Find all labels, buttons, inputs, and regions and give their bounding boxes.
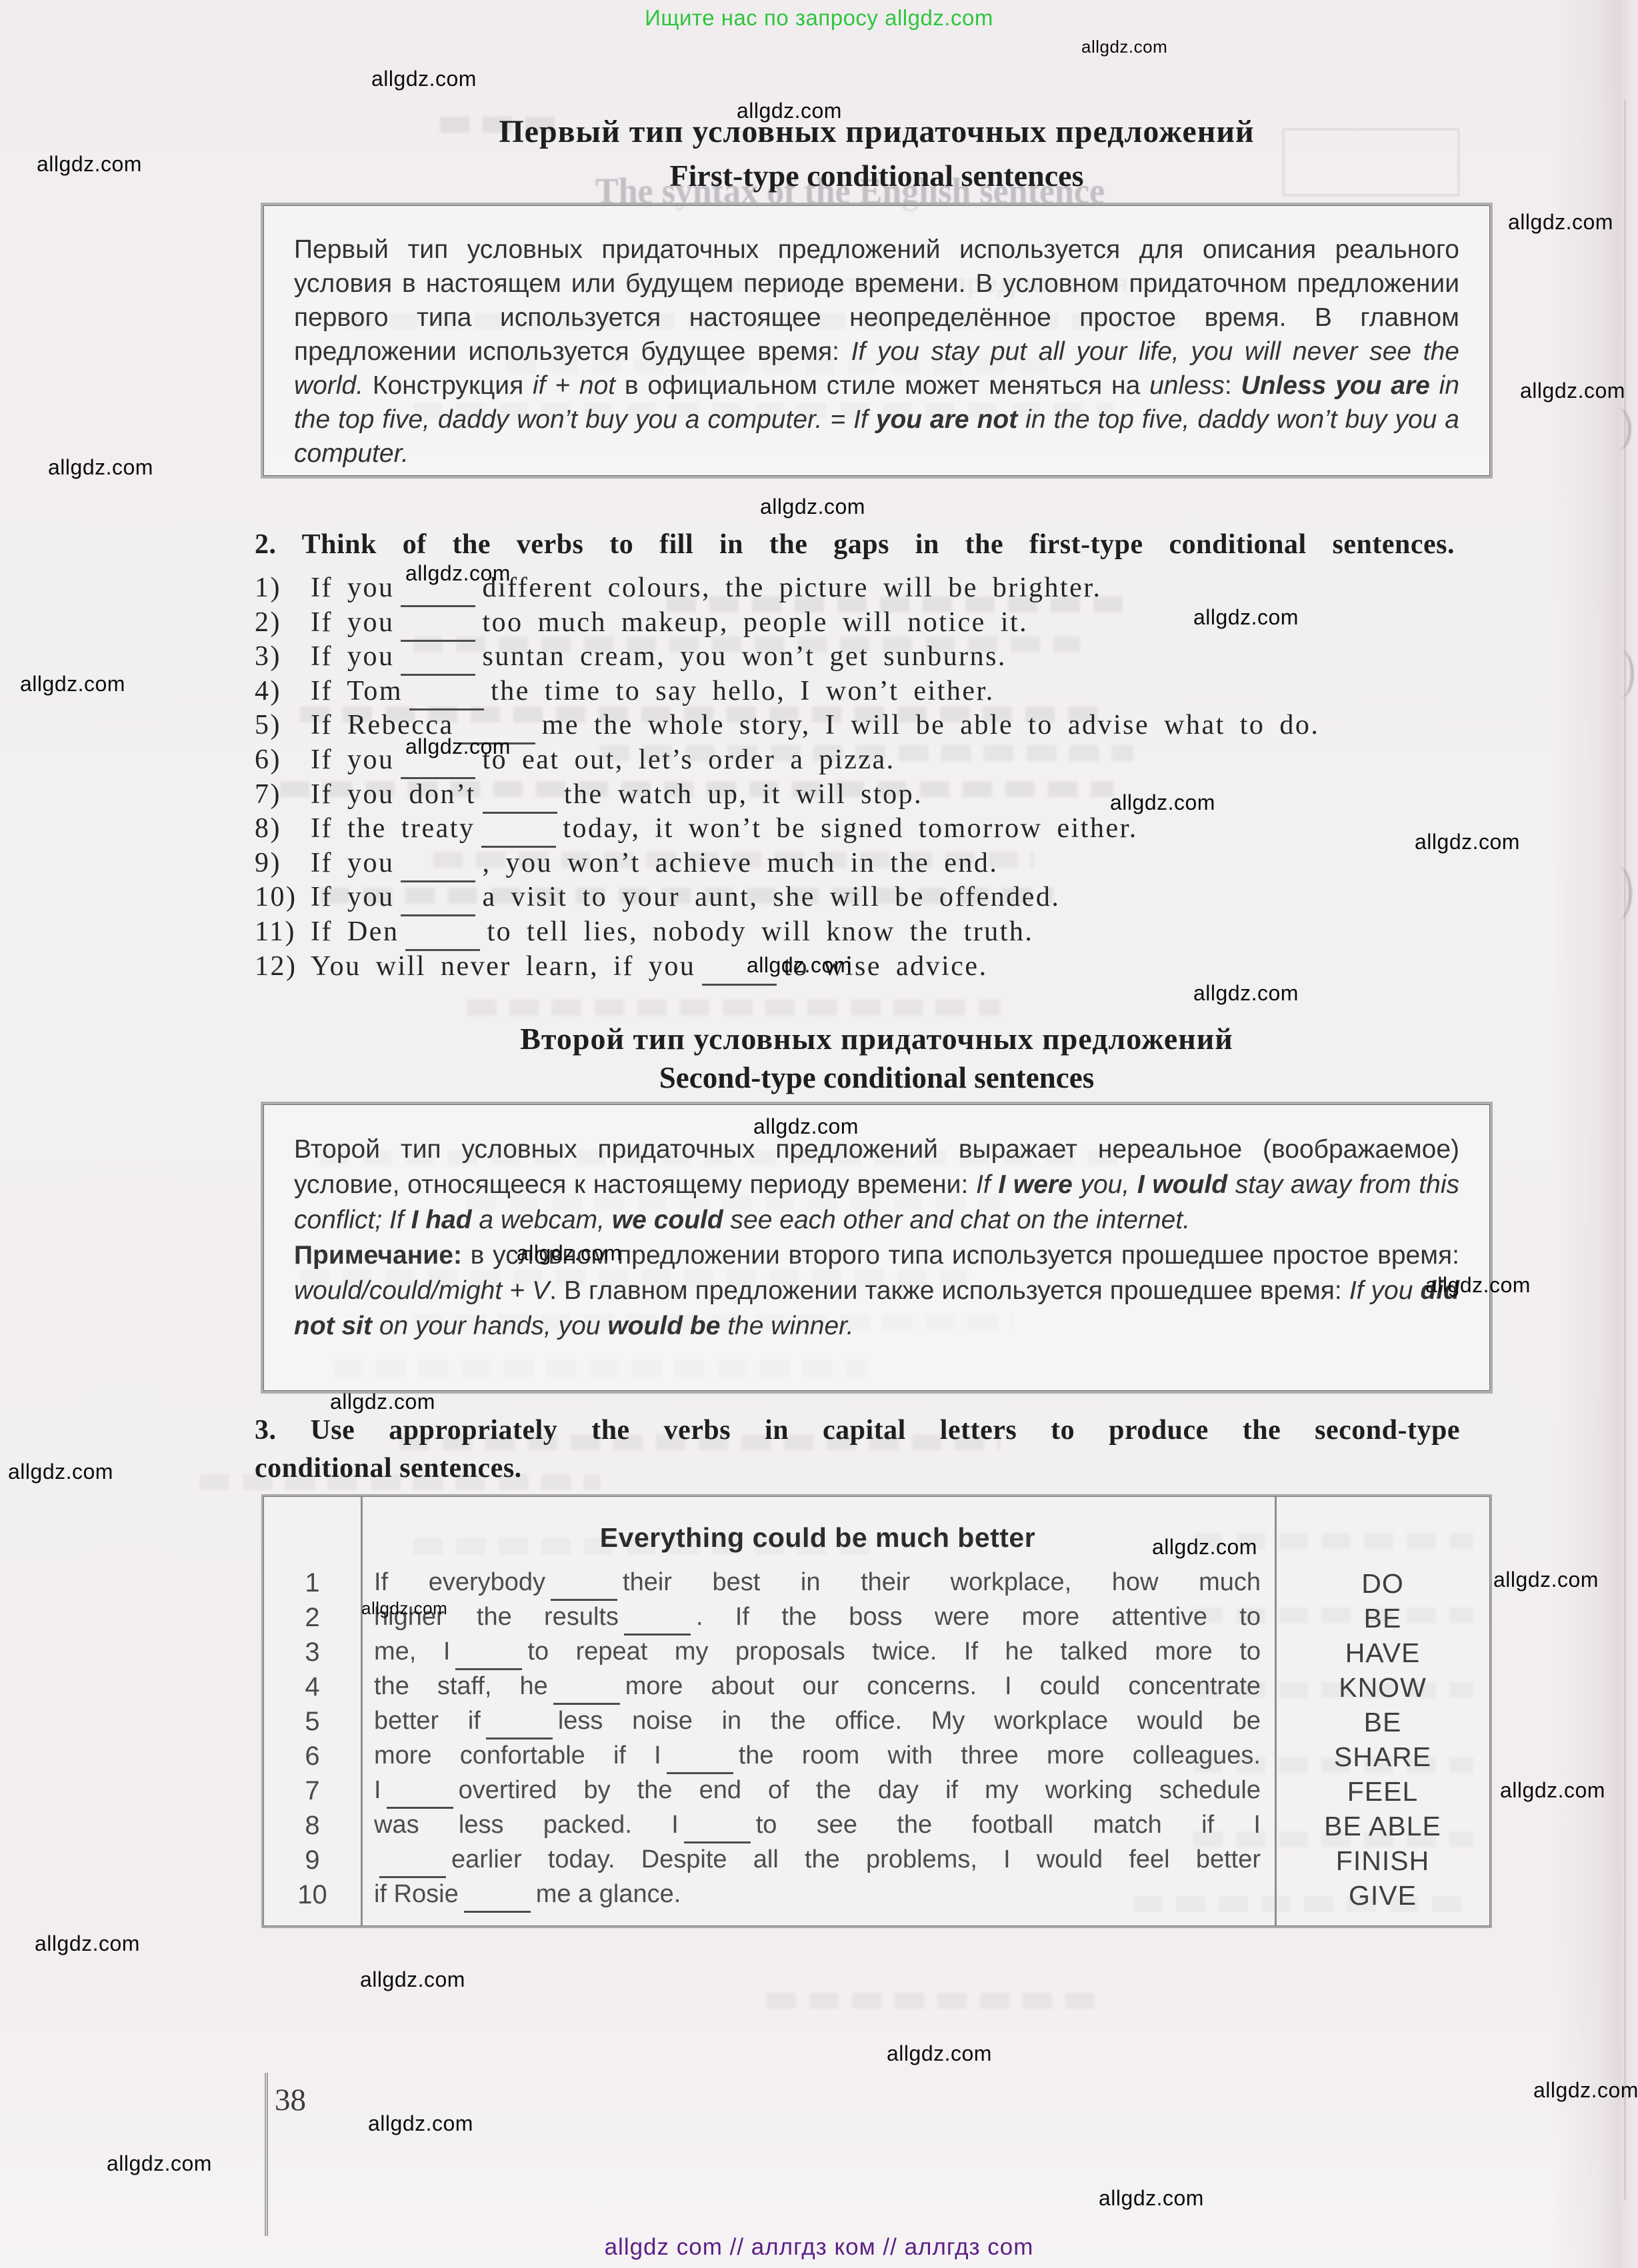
answer-blank bbox=[486, 1737, 553, 1739]
verb-hint: BE ABLE bbox=[1275, 1811, 1491, 1842]
text-run: would/could/might + V bbox=[294, 1276, 549, 1305]
item-text-pre: If you bbox=[311, 882, 394, 912]
text-run: Конструкция bbox=[363, 371, 533, 400]
site-banner-bottom: allgdz com // аллгдз ком // аллгдз com bbox=[0, 2234, 1638, 2261]
item-text-post: earlier today. Despite all the problems,… bbox=[451, 1845, 1261, 1873]
item-text-post: the room with three more colleagues. bbox=[739, 1741, 1261, 1769]
item-text-post: too much makeup, people will notice it. bbox=[482, 607, 1028, 638]
watermark: allgdz.com bbox=[1193, 981, 1299, 1006]
watermark: allgdz.com bbox=[1500, 1778, 1605, 1803]
exercise2-item: 7)If you don’tthe watch up, it will stop… bbox=[255, 778, 1475, 810]
exercise3-heading-line2: conditional sentences. bbox=[255, 1450, 1460, 1488]
watermark: allgdz.com bbox=[1193, 605, 1299, 630]
item-text-post: suntan cream, you won’t get sunburns. bbox=[482, 641, 1006, 672]
text-run: would be bbox=[607, 1312, 720, 1340]
table-row-number: 4 bbox=[264, 1672, 361, 1702]
item-text-post: me a glance. bbox=[536, 1880, 681, 1908]
text-run: I would bbox=[1137, 1170, 1227, 1199]
watermark: allgdz.com bbox=[737, 99, 842, 123]
item-text-post: less noise in the office. My workplace w… bbox=[558, 1707, 1261, 1735]
exercise2-item: 3)If yousuntan cream, you won’t get sunb… bbox=[255, 640, 1475, 672]
watermark: allgdz.com bbox=[1110, 790, 1215, 815]
watermark: allgdz.com bbox=[107, 2151, 212, 2176]
verb-hint: GIVE bbox=[1275, 1880, 1491, 1911]
table-text-line: more confortable if Ithe room with three… bbox=[374, 1741, 1261, 1770]
answer-blank bbox=[387, 1807, 453, 1809]
item-text-pre: If Tom bbox=[311, 676, 403, 706]
text-run: you, bbox=[1073, 1170, 1137, 1199]
verb-hint: KNOW bbox=[1275, 1672, 1491, 1703]
item-text-post: today, it won’t be signed tomorrow eithe… bbox=[563, 813, 1137, 844]
watermark: allgdz.com bbox=[1508, 210, 1613, 235]
item-number: 1) bbox=[255, 572, 311, 604]
section1-title-en: First-type conditional sentences bbox=[263, 158, 1490, 193]
text-run: the winner. bbox=[720, 1312, 853, 1340]
item-text-post: different colours, the picture will be b… bbox=[482, 572, 1101, 603]
item-text-pre: If everybody bbox=[374, 1568, 545, 1596]
ghost-text-strip bbox=[767, 1993, 1100, 2009]
watermark: allgdz.com bbox=[1533, 2078, 1638, 2103]
site-banner-top: Ищите нас по запросу allgdz.com bbox=[0, 5, 1638, 31]
verb-hint: BE bbox=[1275, 1707, 1491, 1738]
exercise3-heading-line1: 3. Use appropriately the verbs in capita… bbox=[255, 1412, 1460, 1450]
watermark: allgdz.com bbox=[1152, 1535, 1257, 1560]
watermark: allgdz.com bbox=[1520, 379, 1625, 403]
item-text-pre: more confortable if I bbox=[374, 1741, 661, 1769]
answer-blank bbox=[702, 984, 777, 986]
answer-blank bbox=[379, 1876, 446, 1878]
item-number: 7) bbox=[255, 778, 311, 810]
answer-blank bbox=[464, 1911, 531, 1913]
table-row-number: 3 bbox=[264, 1638, 361, 1668]
watermark: allgdz.com bbox=[1415, 830, 1520, 854]
exercise2-item: 12)You will never learn, if youto wise a… bbox=[255, 950, 1475, 982]
exercise2-item: 8)If the treatytoday, it won’t be signed… bbox=[255, 812, 1475, 844]
table-row-number: 8 bbox=[264, 1811, 361, 1841]
page-number-rule bbox=[265, 2073, 268, 2236]
verb-hint: FEEL bbox=[1275, 1776, 1491, 1807]
item-number: 8) bbox=[255, 812, 311, 844]
table-text-line: if Rosieme a glance. bbox=[374, 1880, 1261, 1909]
text-run: we could bbox=[612, 1206, 723, 1234]
text-run: a webcam, bbox=[472, 1206, 612, 1234]
item-text-post: me the whole story, I will be able to ad… bbox=[542, 710, 1320, 740]
verb-hint: BE bbox=[1275, 1603, 1491, 1634]
item-number: 5) bbox=[255, 709, 311, 741]
section2-title-ru: Второй тип условных придаточных предложе… bbox=[263, 1021, 1490, 1056]
answer-blank bbox=[455, 1668, 522, 1670]
watermark: allgdz.com bbox=[360, 1967, 465, 1992]
item-number: 12) bbox=[255, 950, 311, 982]
section2-title-en: Second-type conditional sentences bbox=[263, 1060, 1490, 1095]
exercise2-heading: 2. Think of the verbs to fill in the gap… bbox=[255, 529, 1455, 561]
table-text-line: was less packed. Ito see the football ma… bbox=[374, 1811, 1261, 1839]
item-number: 11) bbox=[255, 916, 311, 948]
grammar-box-text: Первый тип условных придаточных предложе… bbox=[294, 233, 1459, 471]
item-text-post: to see the football match if I bbox=[756, 1811, 1261, 1839]
table-row-number: 1 bbox=[264, 1568, 361, 1598]
table-text-line: better ifless noise in the office. My wo… bbox=[374, 1707, 1261, 1735]
item-text-pre: You will never learn, if you bbox=[311, 951, 695, 982]
item-text-pre: me, I bbox=[374, 1638, 450, 1666]
item-text-pre: the staff, he bbox=[374, 1672, 548, 1700]
watermark: allgdz.com bbox=[361, 1598, 447, 1619]
item-number: 10) bbox=[255, 881, 311, 913]
item-text-pre: If you don’t bbox=[311, 779, 476, 810]
answer-blank bbox=[667, 1772, 733, 1774]
watermark: allgdz.com bbox=[35, 1931, 140, 1956]
grammar-box-note: Примечание: в условном предложении второ… bbox=[294, 1238, 1459, 1344]
watermark: allgdz.com bbox=[8, 1460, 113, 1484]
item-text-post: to tell lies, nobody will know the truth… bbox=[487, 916, 1033, 947]
watermark: allgdz.com bbox=[368, 2111, 473, 2136]
verb-hint: SHARE bbox=[1275, 1741, 1491, 1773]
grammar-box-first-type: Первый тип условных придаточных предложе… bbox=[263, 205, 1490, 476]
text-run: if + not bbox=[533, 371, 615, 400]
item-text-post: the watch up, it will stop. bbox=[564, 779, 923, 810]
item-text-post: more about our concerns. I could concent… bbox=[625, 1672, 1261, 1700]
table-text-line: me, Ito repeat my proposals twice. If he… bbox=[374, 1638, 1261, 1666]
table-text-line: the staff, hemore about our concerns. I … bbox=[374, 1672, 1261, 1701]
watermark: allgdz.com bbox=[753, 1114, 859, 1139]
item-number: 2) bbox=[255, 606, 311, 638]
exercise2-item: 4)If Tomthe time to say hello, I won’t e… bbox=[255, 675, 1475, 707]
text-run: Unless you are bbox=[1241, 371, 1429, 400]
table-row-number: 5 bbox=[264, 1707, 361, 1737]
page-number: 38 bbox=[275, 2082, 306, 2118]
answer-blank bbox=[553, 1703, 620, 1705]
exercise2-item: 9)If you, you won’t achieve much in the … bbox=[255, 847, 1475, 879]
item-text-pre: If you bbox=[311, 744, 394, 775]
text-run: unless bbox=[1149, 371, 1225, 400]
text-run: If you bbox=[1349, 1276, 1421, 1305]
text-run: you are not bbox=[876, 405, 1017, 434]
item-text-post: their best in their workplace, how much bbox=[623, 1568, 1261, 1596]
item-text-pre: if Rosie bbox=[374, 1880, 459, 1908]
item-text-post: to repeat my proposals twice. If he talk… bbox=[527, 1638, 1261, 1666]
table-divider bbox=[361, 1497, 363, 1925]
scanned-textbook-page: Ищите нас по запросу allgdz.com The synt… bbox=[0, 0, 1638, 2268]
item-text-post: a visit to your aunt, she will be offend… bbox=[482, 882, 1060, 912]
item-text-pre: If you bbox=[311, 572, 394, 603]
verb-hint: FINISH bbox=[1275, 1845, 1491, 1877]
exercise3-heading: 3. Use appropriately the verbs in capita… bbox=[255, 1412, 1460, 1488]
answer-blank bbox=[551, 1599, 617, 1601]
item-text-pre: If you bbox=[311, 848, 394, 878]
table-row-number: 9 bbox=[264, 1845, 361, 1875]
table-text-line: higher the results. If the boss were mor… bbox=[374, 1603, 1261, 1632]
item-text-pre: I bbox=[374, 1776, 381, 1804]
watermark: allgdz.com bbox=[1425, 1273, 1531, 1298]
text-run: If bbox=[976, 1170, 998, 1199]
item-text-pre: If Den bbox=[311, 916, 399, 947]
item-number: 3) bbox=[255, 640, 311, 672]
item-text-post: . If the boss were more attentive to bbox=[696, 1603, 1261, 1631]
verb-hint: DO bbox=[1275, 1568, 1491, 1600]
item-number: 4) bbox=[255, 675, 311, 707]
text-run: в официальном стиле может меняться на bbox=[615, 371, 1149, 400]
watermark: allgdz.com bbox=[747, 953, 852, 978]
exercise3-table: Everything could be much better 1If ever… bbox=[263, 1496, 1490, 1926]
watermark: allgdz.com bbox=[1081, 37, 1167, 57]
watermark: allgdz.com bbox=[48, 455, 153, 480]
text-run: I were bbox=[998, 1170, 1072, 1199]
text-run: Примечание: bbox=[294, 1241, 462, 1270]
watermark: allgdz.com bbox=[37, 152, 142, 177]
item-text-pre: If you bbox=[311, 641, 394, 672]
text-run: see each other and chat on the internet. bbox=[723, 1206, 1190, 1234]
verb-hint: HAVE bbox=[1275, 1638, 1491, 1669]
watermark: allgdz.com bbox=[1493, 1568, 1599, 1592]
table-row-number: 6 bbox=[264, 1741, 361, 1771]
grammar-box-second-type: Второй тип условных придаточных предложе… bbox=[263, 1104, 1490, 1391]
item-text-post: the time to say hello, I won’t either. bbox=[491, 676, 995, 706]
watermark: allgdz.com bbox=[371, 67, 477, 91]
table-row-number: 7 bbox=[264, 1776, 361, 1806]
table-text-line: If everybodytheir best in their workplac… bbox=[374, 1568, 1261, 1597]
item-number: 6) bbox=[255, 744, 311, 776]
item-text-post: , you won’t achieve much in the end. bbox=[482, 848, 998, 878]
watermark: allgdz.com bbox=[760, 495, 865, 519]
table-row-number: 10 bbox=[264, 1880, 361, 1910]
item-text-pre: If you bbox=[311, 607, 394, 638]
table-title: Everything could be much better bbox=[361, 1522, 1275, 1554]
watermark: allgdz.com bbox=[517, 1241, 622, 1266]
exercise2-item: 11)If Dento tell lies, nobody will know … bbox=[255, 916, 1475, 948]
grammar-box-text: Второй тип условных придаточных предложе… bbox=[294, 1132, 1459, 1238]
table-text-line: earlier today. Despite all the problems,… bbox=[374, 1845, 1261, 1874]
item-text-pre: was less packed. I bbox=[374, 1811, 679, 1839]
exercise2-item: 10)If youa visit to your aunt, she will … bbox=[255, 881, 1475, 913]
text-run: . В главном предложении также использует… bbox=[549, 1276, 1349, 1305]
item-text-pre: If the treaty bbox=[311, 813, 475, 844]
text-run: : bbox=[1225, 371, 1241, 400]
watermark: allgdz.com bbox=[405, 561, 511, 586]
answer-blank bbox=[684, 1841, 751, 1843]
item-text-post: to eat out, let’s order a pizza. bbox=[482, 744, 895, 775]
text-run: on your hands, you bbox=[372, 1312, 607, 1340]
item-text-post: overtired by the end of the day if my wo… bbox=[459, 1776, 1261, 1804]
watermark: allgdz.com bbox=[1099, 2186, 1204, 2211]
table-text-line: Iovertired by the end of the day if my w… bbox=[374, 1776, 1261, 1805]
watermark: allgdz.com bbox=[330, 1390, 435, 1414]
watermark: allgdz.com bbox=[405, 734, 511, 759]
item-text-pre: better if bbox=[374, 1707, 481, 1735]
section1-title-ru: Первый тип условных придаточных предложе… bbox=[263, 113, 1490, 150]
table-row-number: 2 bbox=[264, 1603, 361, 1633]
text-run: I had bbox=[411, 1206, 472, 1234]
watermark: allgdz.com bbox=[20, 672, 125, 696]
ghost-text-strip bbox=[467, 1000, 1000, 1016]
watermark: allgdz.com bbox=[887, 2041, 992, 2066]
answer-blank bbox=[624, 1634, 691, 1636]
item-number: 9) bbox=[255, 847, 311, 879]
